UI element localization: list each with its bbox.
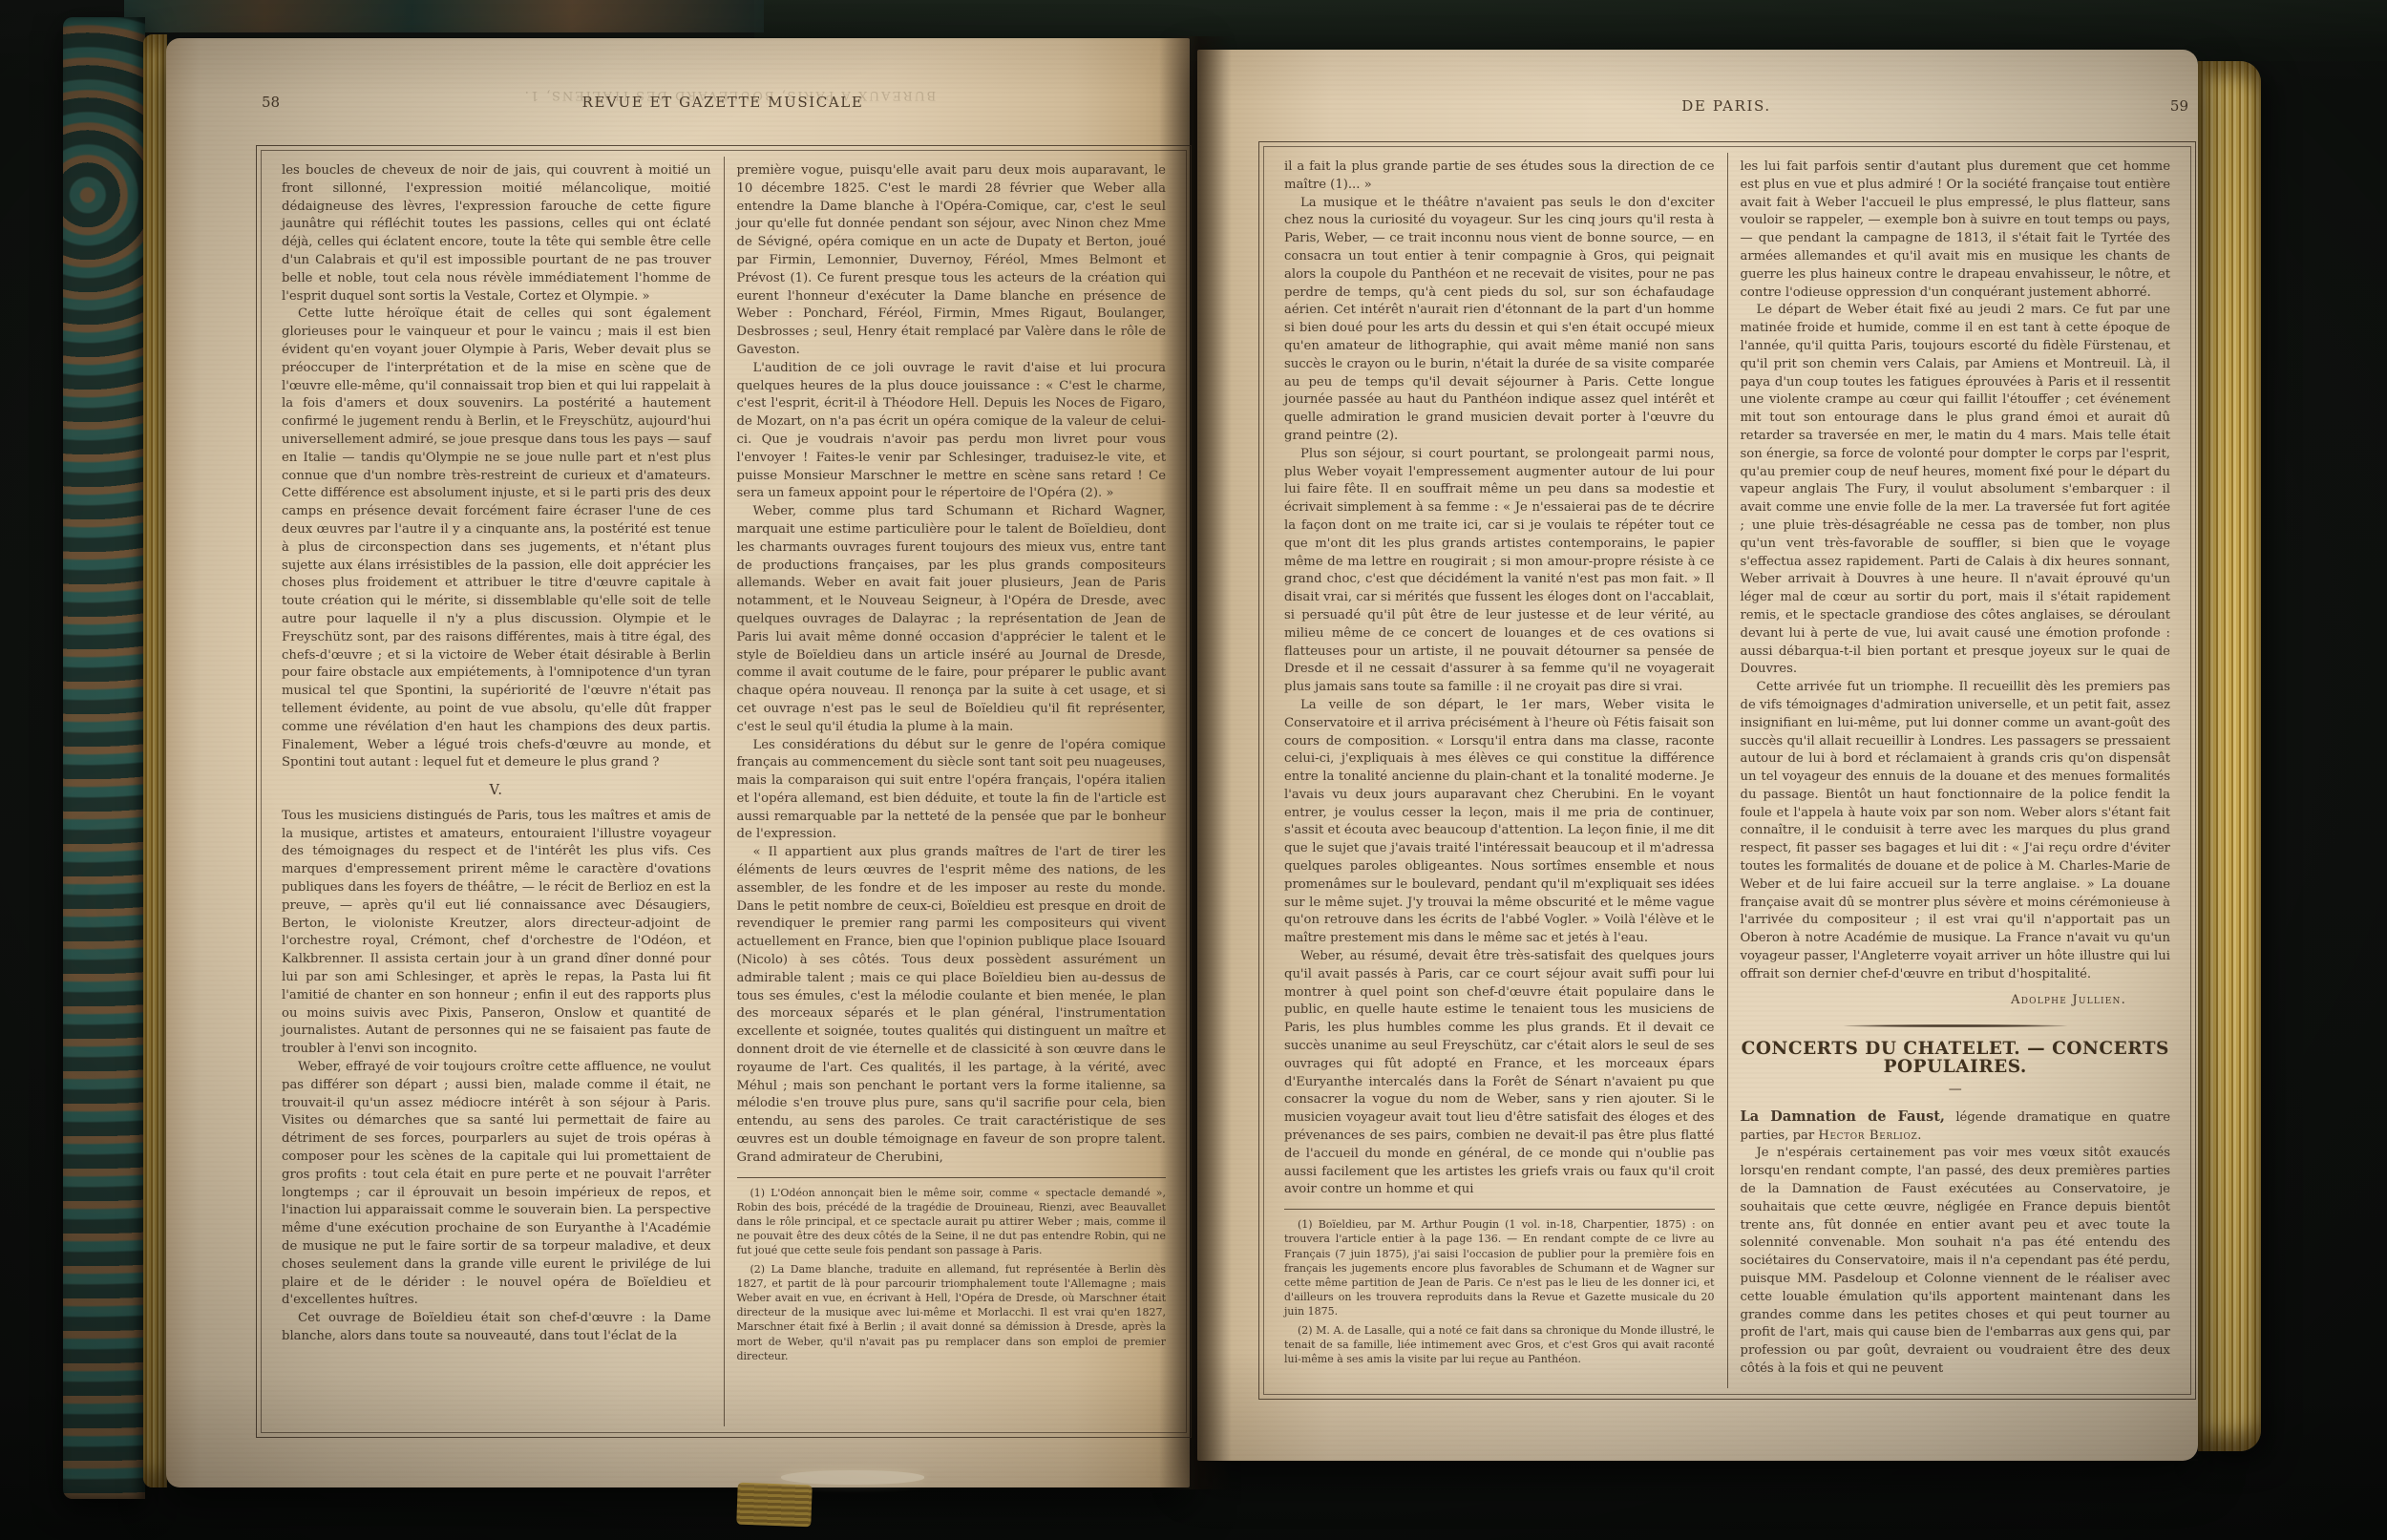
paragraph: il a fait la plus grande partie de ses é… [1284,158,1715,195]
paragraph: Cette lutte héroïque était de celles qui… [282,306,711,772]
text-frame-inner-rule: les boucles de cheveux de noir de jais, … [261,150,1187,1433]
right-page-column-2: les lui fait parfois sentir d'autant plu… [1728,153,2184,1388]
page-number: 59 [2170,97,2188,115]
page-edge-highlight [781,1470,924,1485]
left-page-column-1: les boucles de cheveux de noir de jais, … [269,157,725,1426]
footnote: (1) Boïeldieu, par M. Arthur Pougin (1 v… [1284,1217,1715,1318]
paragraph: Je n'espérais certainement pas voir mes … [1741,1145,2171,1378]
gilt-page-edges-left [143,34,167,1487]
section-title: CONCERTS DU CHATELET. — CONCERTS POPULAI… [1741,1041,2171,1077]
paragraph: L'audition de ce joli ouvrage le ravit d… [737,360,1167,503]
footnote: (1) L'Odéon annonçait bien le même soir,… [737,1186,1167,1258]
paragraph: Plus son séjour, si court pourtant, se p… [1284,446,1715,697]
footnote: (2) La Dame blanche, traduite en alleman… [737,1262,1167,1363]
paragraph: Tous les musiciens distingués de Paris, … [282,808,711,1059]
work-title: La Damnation de Faust, [1741,1108,1946,1125]
section-heading: V. [282,782,711,800]
footnote-rule [1284,1209,1715,1210]
paragraph: Weber, effrayé de voir toujours croître … [282,1059,711,1310]
footnote: (2) M. A. de Lasalle, qui a noté ce fait… [1284,1323,1715,1367]
page-58: BUREAUX A PARIS, BOULEVARD DES ITALIENS,… [166,38,1190,1487]
paragraph: les boucles de cheveux de noir de jais, … [282,162,711,306]
left-page-header: 58 REVUE ET GAZETTE MUSICALE [256,94,1190,118]
text-frame: il a fait la plus grande partie de ses é… [1258,141,2196,1400]
journal-title: REVUE ET GAZETTE MUSICALE [256,94,1190,111]
paragraph: La musique et le théâtre n'avaient pas s… [1284,195,1715,446]
paragraph: Le départ de Weber était fixé au jeudi 2… [1741,302,2171,679]
paragraph: Les considérations du début sur le genre… [737,737,1167,845]
paragraph: Weber, comme plus tard Schumann et Richa… [737,503,1167,736]
footnote-rule [737,1177,1167,1178]
journal-title-continuation: DE PARIS. [1258,97,2194,115]
left-page-column-2: première vogue, puisqu'elle avait paru d… [725,157,1179,1426]
composer-name: Hector Berlioz. [1818,1129,1922,1143]
text-frame-inner-rule: il a fait la plus grande partie de ses é… [1263,146,2191,1395]
right-page-column-1: il a fait la plus grande partie de ses é… [1272,153,1728,1388]
paragraph: « Il appartient aux plus grands maîtres … [737,844,1167,1167]
gilt-page-edges-bottom [736,1483,812,1528]
page-number: 58 [262,94,280,111]
paragraph: Cette arrivée fut un triomphe. Il recuei… [1741,679,2171,984]
section-divider [1844,1024,2067,1027]
right-page-header: DE PARIS. 59 [1258,97,2194,122]
marbled-cover-top-edge [124,0,764,32]
paragraph: première vogue, puisqu'elle avait paru d… [737,162,1167,360]
paragraph: La veille de son départ, le 1er mars, We… [1284,697,1715,948]
text-frame: les boucles de cheveux de noir de jais, … [256,145,1192,1438]
article-intro: La Damnation de Faust, légende dramatiqu… [1741,1108,2171,1146]
title-dash: — [1741,1081,2171,1099]
paragraph: les lui fait parfois sentir d'autant plu… [1741,158,2171,302]
page-59: DE PARIS. 59 il a fait la plus grande pa… [1197,50,2198,1461]
paragraph: Weber, au résumé, devait être très-satis… [1284,948,1715,1199]
marbled-cover [63,17,145,1499]
author-signature: Adolphe Jullien. [1741,992,2171,1010]
gilt-page-edges-right [2198,61,2261,1451]
paragraph: Cet ouvrage de Boïeldieu était son chef-… [282,1310,711,1346]
book-photo: BUREAUX A PARIS, BOULEVARD DES ITALIENS,… [0,0,2387,1540]
